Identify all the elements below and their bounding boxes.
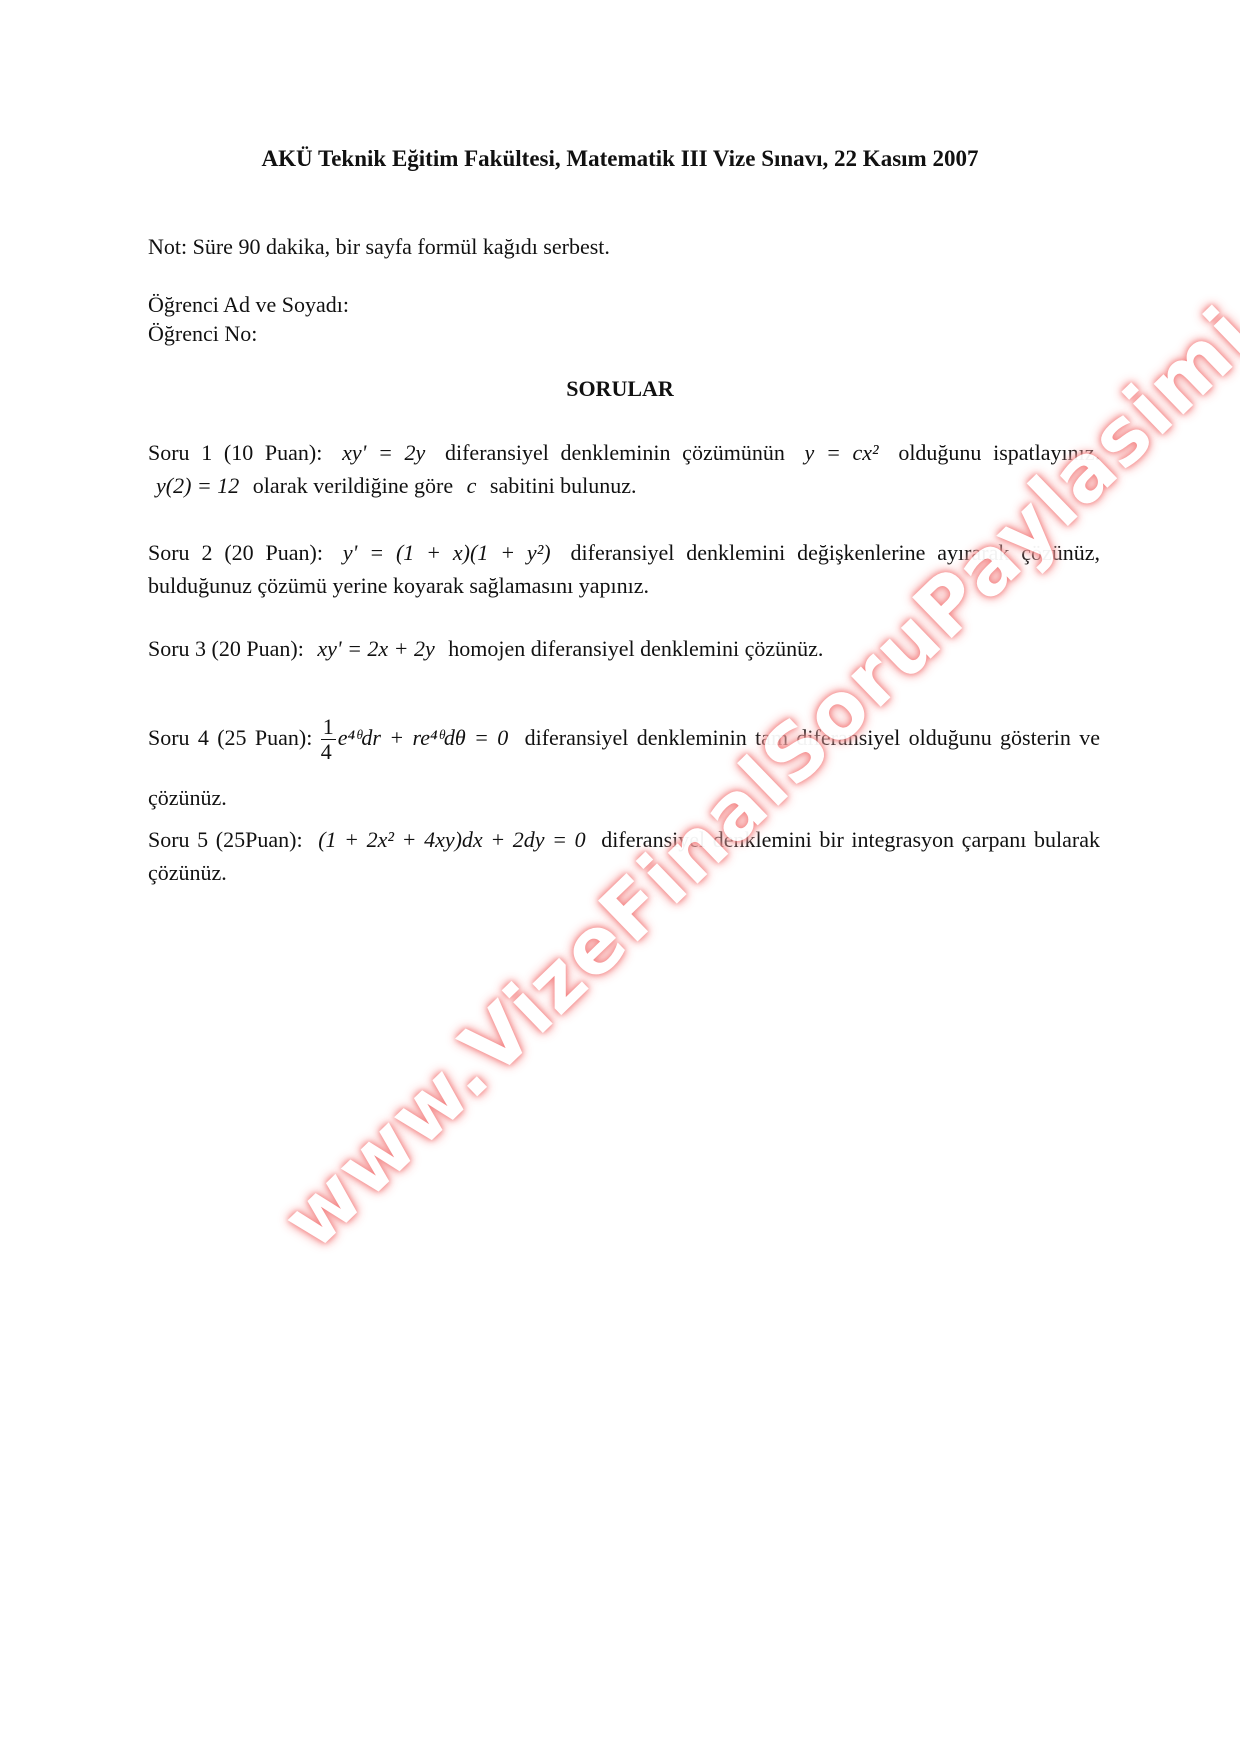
student-info: Öğrenci Ad ve Soyadı: Öğrenci No:: [148, 290, 1100, 348]
fraction-denominator: 4: [321, 740, 336, 764]
equation: xy' = 2x + 2y: [317, 636, 434, 661]
question-text: homojen diferansiyel denklemini çözünüz.: [448, 636, 823, 661]
question-4: Soru 4 (25 Puan): 1 4 e⁴ᶿdr + re⁴ᶿdθ = 0…: [148, 708, 1100, 828]
question-text: diferansiyel denkleminin çözümünün: [445, 440, 785, 465]
equation: y = cx²: [805, 440, 879, 465]
equation: y' = (1 + x)(1 + y²): [343, 540, 551, 565]
question-2: Soru 2 (20 Puan): y' = (1 + x)(1 + y²) d…: [148, 536, 1100, 602]
equation: xy' = 2y: [342, 440, 425, 465]
question-text: olarak verildiğine göre: [253, 473, 453, 498]
exam-page: AKÜ Teknik Eğitim Fakültesi, Matematik I…: [0, 0, 1240, 1754]
fraction: 1 4: [321, 715, 336, 764]
equation: (1 + 2x² + 4xy)dx + 2dy = 0: [318, 827, 585, 852]
equation: c: [467, 473, 477, 498]
question-label: Soru 2 (20 Puan):: [148, 540, 323, 565]
exam-title: AKÜ Teknik Eğitim Fakültesi, Matematik I…: [0, 146, 1240, 172]
question-3: Soru 3 (20 Puan): xy' = 2x + 2y homojen …: [148, 632, 1100, 665]
student-no-label: Öğrenci No:: [148, 319, 1100, 348]
question-label: Soru 5 (25Puan):: [148, 827, 303, 852]
question-label: Soru 1 (10 Puan):: [148, 440, 322, 465]
equation: y(2) = 12: [156, 473, 239, 498]
question-label: Soru 4 (25 Puan):: [148, 725, 312, 750]
exam-note: Not: Süre 90 dakika, bir sayfa formül ka…: [148, 230, 1100, 263]
question-1: Soru 1 (10 Puan): xy' = 2y diferansiyel …: [148, 436, 1100, 502]
equation: e⁴ᶿdr + re⁴ᶿdθ = 0: [338, 725, 509, 750]
student-name-label: Öğrenci Ad ve Soyadı:: [148, 290, 1100, 319]
question-text: olduğunu ispatlayınız.: [898, 440, 1100, 465]
question-5: Soru 5 (25Puan): (1 + 2x² + 4xy)dx + 2dy…: [148, 823, 1100, 889]
question-label: Soru 3 (20 Puan):: [148, 636, 304, 661]
section-title: SORULAR: [0, 376, 1240, 402]
fraction-numerator: 1: [321, 715, 336, 740]
question-text: sabitini bulunuz.: [490, 473, 637, 498]
